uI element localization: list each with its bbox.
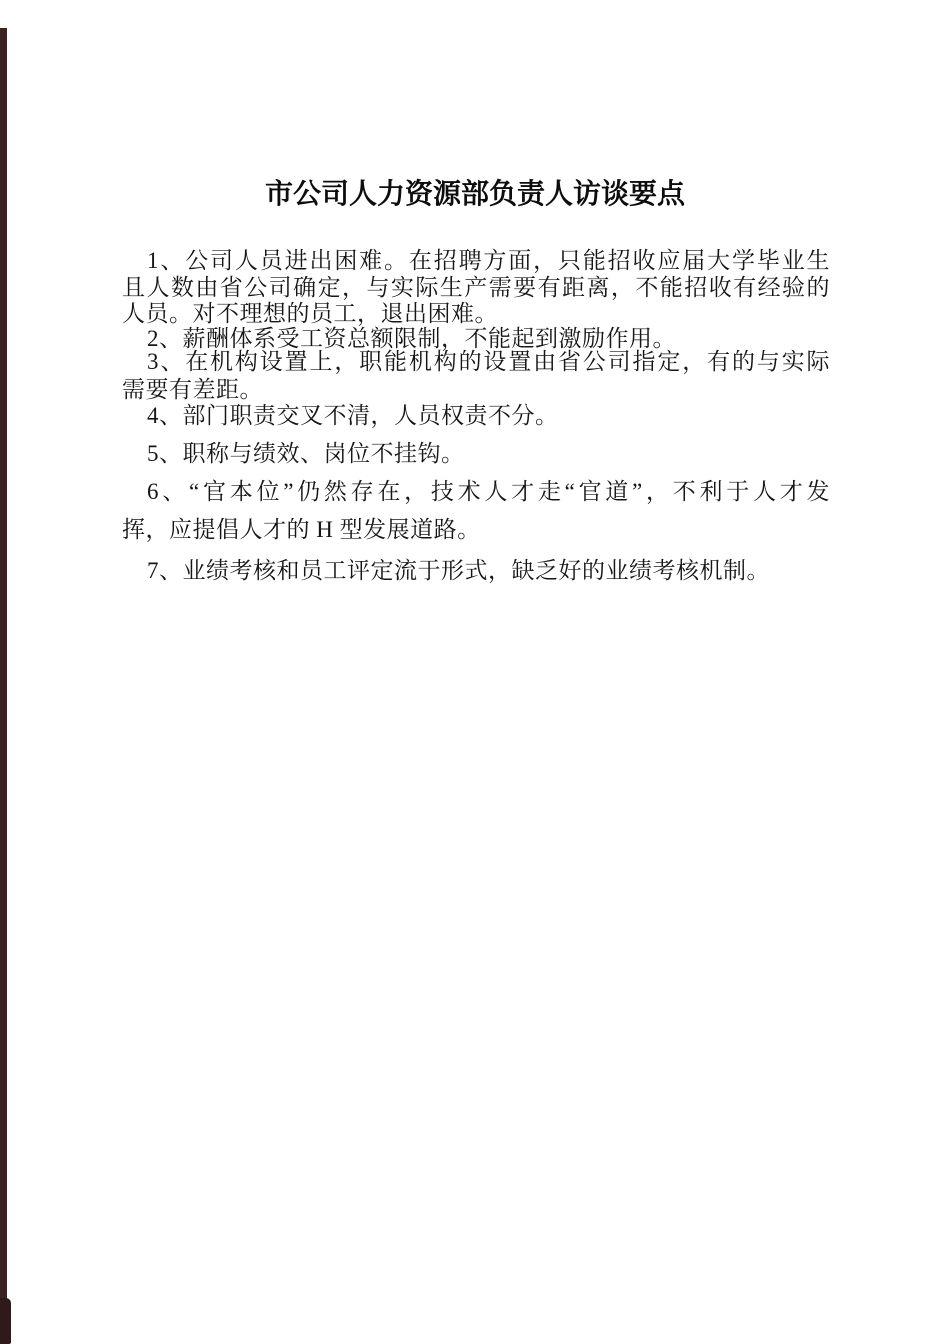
item6-line1: 6、“官本位”仍然存在，技术人才走“官道”，不利于人才发: [122, 478, 830, 505]
item3-line2: 需要有差距。: [122, 376, 830, 403]
item7-line1: 7、业绩考核和员工评定流于形式，缺乏好的业绩考核机制。: [122, 557, 830, 584]
item3-line1: 3、在机构设置上，职能机构的设置由省公司指定，有的与实际: [122, 348, 830, 375]
document-page: 市公司人力资源部负责人访谈要点 1、公司人员进出困难。在招聘方面，只能招收应届大…: [0, 0, 950, 1344]
item1-line2: 且人数由省公司确定，与实际生产需要有距离，不能招收有经验的: [122, 274, 830, 301]
item1-line3: 人员。对不理想的员工，退出困难。: [122, 300, 830, 327]
item5-line1: 5、职称与绩效、岗位不挂钩。: [122, 440, 830, 467]
item6-line2: 挥，应提倡人才的 H 型发展道路。: [122, 516, 830, 543]
item1-line1: 1、公司人员进出困难。在招聘方面，只能招收应届大学毕业生: [122, 247, 830, 274]
scan-edge-artifact-blob: [0, 1298, 11, 1344]
scan-edge-artifact: [0, 28, 7, 1344]
document-title: 市公司人力资源部负责人访谈要点: [0, 178, 950, 210]
item4-line1: 4、部门职责交叉不清，人员权责不分。: [122, 402, 830, 429]
